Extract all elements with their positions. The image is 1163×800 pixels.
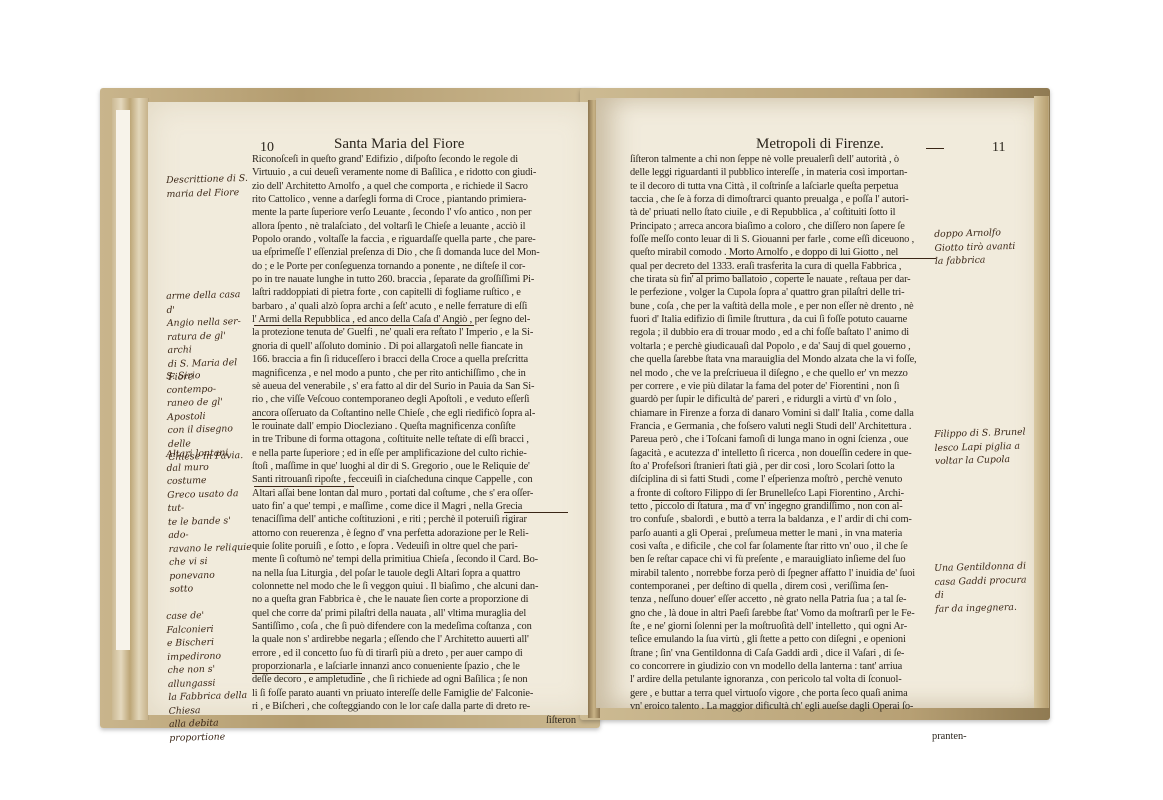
text-line: quel che corre da' primi pilaſtri della … <box>252 607 582 620</box>
text-line: Principato ; arreca ancora biaſimo a col… <box>630 220 962 233</box>
text-line: Popolo orando , voltaſſe la faccia , e r… <box>252 233 582 246</box>
note-text: Descrittione di S.maria del Fiore <box>166 172 251 201</box>
text-line: Santi ritrouanſi ripoſte , fecceuiſi in … <box>252 473 582 486</box>
text-line: per correre , e vie più dilatar la fama … <box>630 380 962 393</box>
text-line: ancora oſſeruato da Coſtantino nelle Chi… <box>252 407 582 420</box>
text-line: mente ſi coſtumò ne' tempi della primiti… <box>252 553 582 566</box>
text-line: teſice emulando la ſua virtù , gli ſtett… <box>630 633 962 646</box>
text-line: ſtrane ; ſin' vna Gentildonna di Caſa Ga… <box>630 647 962 660</box>
text-line: voltarla ; e perchè giudicauaſi dal Popo… <box>630 340 962 353</box>
text-line: guardò per ſupir le dificultà de' pareri… <box>630 393 962 406</box>
text-line: barbaro , a' quali alzò ſopra archi a ſe… <box>252 300 582 313</box>
ink-underline <box>254 325 474 326</box>
text-line: tro confuſe , sbalordì , e buttò a terra… <box>630 513 962 526</box>
text-line: no a queſta gran Fabbrica è , che le nau… <box>252 593 582 606</box>
text-line: quie ſolite poruiſi , e ſotto , e ſopra … <box>252 540 582 553</box>
text-line: diſciplina di sì fatti Studi , come l' e… <box>630 473 962 486</box>
ink-underline <box>252 673 362 674</box>
text-line: ſto a' Profeſsori ſtranieri ſtati già , … <box>630 460 962 473</box>
text-line: ſagacità , e acutezza d' intelletto ſi r… <box>630 447 962 460</box>
text-line: ſte , e ne' giorni ſolenni per la moſtru… <box>630 620 962 633</box>
text-line: ben ſe reſtar capace chi vi fù preſente … <box>630 553 962 566</box>
text-line: zio dell' Architetto Arnolfo , a quel ch… <box>252 180 582 193</box>
note-text: doppo ArnolfoGiotto tirò avantila fabbri… <box>934 225 1035 268</box>
text-line: po in tre nauate lunghe in tutto 260. br… <box>252 273 582 286</box>
text-line: così vaſta , e dificile , che col far ſo… <box>630 540 962 553</box>
text-line: gno che , là doue in altri Paeſi ſarebbe… <box>630 607 962 620</box>
text-line: tenza , neſſuno douer' eſſer accetto , n… <box>630 593 962 606</box>
note-text: case de' Falconierie Bischeri impedirono… <box>166 608 254 745</box>
text-line: la protezione tenuta de' Guelfi , ne' qu… <box>252 326 582 339</box>
text-line: regola ; il dubbio era di trouar modo , … <box>630 326 962 339</box>
text-line: parſo auanti a gli Operai , preſumeua me… <box>630 527 962 540</box>
text-line <box>630 713 962 726</box>
text-line: le rouinate dall' empio Diocleziano . Qu… <box>252 420 582 433</box>
text-line: colonnette nel modo che le ſi veggon qui… <box>252 580 582 593</box>
text-line: rio , che viſſe Veſcouo contemporaneo de… <box>252 393 582 406</box>
text-line: tetto , piccolo di ſtatura , ma d' vn' i… <box>630 500 962 513</box>
text-line: la quale non s' ardirebbe negarla ; eſſe… <box>252 633 582 646</box>
catchword-left: ſiſteron <box>546 715 576 726</box>
ink-underline <box>690 273 810 274</box>
text-line: qual per decreto del 1333. eraſi trasfer… <box>630 260 962 273</box>
note-text: Altari lontanidal muro costumeGreco usat… <box>166 446 254 597</box>
note-text: Filippo di S. Brunellesco Lapi piglia av… <box>934 425 1035 468</box>
right-page: Metropoli di Firenze. 11 ſiſteron talmen… <box>596 98 1034 708</box>
white-flyleaf <box>116 110 130 650</box>
text-line: allora ſpento , nè tralaſciato , del vol… <box>252 220 582 233</box>
text-line: proporzionarla , e laſciarle innanzi anc… <box>252 660 582 673</box>
marginal-note: Una Gentildonna dicasa Gaddi procura dif… <box>934 559 1035 616</box>
text-line: in tre Tribune di forma ottagona , coſti… <box>252 433 582 446</box>
text-line: vn' eroico talento . La maggior dificult… <box>630 700 962 713</box>
text-line: tà de' priuati nello ſtato ciuile , e di… <box>630 206 962 219</box>
ink-underline <box>652 500 902 501</box>
text-line: magnificenza , e nel modo a punto , che … <box>252 367 582 380</box>
text-line: Santiſſimo , coſa , che ſi può difendere… <box>252 620 582 633</box>
marginal-note: Filippo di S. Brunellesco Lapi piglia av… <box>934 425 1035 468</box>
marginal-note: Descrittione di S.maria del Fiore <box>166 172 251 201</box>
text-line: nel modo , che ve la preſcriueua il diſe… <box>630 367 962 380</box>
ink-underline <box>254 486 354 487</box>
text-line: l' ardire della petulante ignoranza , co… <box>630 673 962 686</box>
text-line: Pareua però , che i Toſcani famoſi di lu… <box>630 433 962 446</box>
text-line: Altari aſſai bene lontan dal muro , port… <box>252 487 582 500</box>
text-line: deſſe decoro , e ampletudine , che ſi ri… <box>252 673 582 686</box>
ink-underline <box>252 419 276 420</box>
text-line: mirabil talento , norrebbe forza però di… <box>630 567 962 580</box>
note-text: Una Gentildonna dicasa Gaddi procura dif… <box>934 559 1035 616</box>
text-line: fuori d' Italia edifizio di ſimile ſtrut… <box>630 313 962 326</box>
open-book: 10 Santa Maria del Fiore Riconoſceſi in … <box>100 88 1050 728</box>
text-line: che quella ſarebbe ſtata vna marauiglia … <box>630 353 962 366</box>
text-line: Riconoſceſi in queſto grand' Edifizio , … <box>252 153 582 166</box>
text-line: foſſe meſſo conto leuar di lì S. Giouann… <box>630 233 962 246</box>
right-page-edges <box>1034 96 1049 708</box>
text-line: Virtuuio , a cui deueſi veramente nome d… <box>252 166 582 179</box>
left-page: 10 Santa Maria del Fiore Riconoſceſi in … <box>148 102 594 715</box>
marginal-note: Altari lontanidal muro costumeGreco usat… <box>166 446 254 597</box>
text-line: 166. braccia a fin ſi riduceſſero i brac… <box>252 353 582 366</box>
text-line: mente la parte ſuperiore verſo Leuante ,… <box>252 206 582 219</box>
text-line: e nella parte ſuperiore ; ed in eſſe per… <box>252 447 582 460</box>
ink-underline <box>726 258 936 259</box>
text-line: rito Cattolico , venne a darſegli forma … <box>252 193 582 206</box>
text-line: te il decoro di tutta vna Città , il coſ… <box>630 180 962 193</box>
text-line: contemporanei , per deſtino di quella , … <box>630 580 962 593</box>
text-line: chiamare in Firenze a forza di danaro Vo… <box>630 407 962 420</box>
text-line: co concorrere in giudizio con vn modello… <box>630 660 962 673</box>
text-line: laſtri raddoppiati di pietra forte , con… <box>252 286 582 299</box>
marginal-note: doppo ArnolfoGiotto tirò avantila fabbri… <box>934 225 1035 268</box>
text-line: a fronte di coſtoro Filippo di ſer Brune… <box>630 487 962 500</box>
text-line: do ; e le Porte per conſeguenza tornando… <box>252 260 582 273</box>
page-number-right: 11 <box>992 140 1005 156</box>
text-line: che tirata sù fin' al primo ballatoio , … <box>630 273 962 286</box>
running-head-left: Santa Maria del Fiore <box>334 136 464 153</box>
text-line: errore , ed il concetto ſuo fù di tirarſ… <box>252 647 582 660</box>
running-head-right: Metropoli di Firenze. <box>756 136 884 153</box>
body-text-right: ſiſteron talmente a chi non ſeppe nè vol… <box>630 153 962 727</box>
text-line: ua eſprimeſſe l' eſſenzial preſenza di D… <box>252 246 582 259</box>
text-line: gnoria di quell' aſſoluto dominio . Di p… <box>252 340 582 353</box>
text-line: tenaciſſima dell' antiche coſtituzioni ,… <box>252 513 582 526</box>
text-line: ſiſteron talmente a chi non ſeppe nè vol… <box>630 153 962 166</box>
text-line: Francia , e Germania , che foſsero valut… <box>630 420 962 433</box>
text-line: le perfezione , volger la Cupola ſopra a… <box>630 286 962 299</box>
text-line: na nella ſua Liturgia , del poſar le tau… <box>252 567 582 580</box>
text-line: ri , e Biſcheri , che coſteggiando con l… <box>252 700 582 713</box>
text-line: ſtoſi , maſſime in que' luoghi al dir di… <box>252 460 582 473</box>
ink-underline <box>504 512 568 513</box>
text-line: gere , e buttar a terra quel virtuoſo vi… <box>630 687 962 700</box>
ink-underline <box>926 148 944 149</box>
text-line: li ſi foſſe parato auanti vn priuato int… <box>252 687 582 700</box>
catchword-right: pranten- <box>932 731 967 742</box>
text-line: bune , coſa , che per la vaſtità della m… <box>630 300 962 313</box>
text-line: taccia , che ſe à forza di dimoſtrarci q… <box>630 193 962 206</box>
text-line: delle leggi riguardanti il pubblico inte… <box>630 166 962 179</box>
text-line: attorno con reuerenza , è ſegno d' vna p… <box>252 527 582 540</box>
text-line: sè aueua del venerabile , s' era fatto a… <box>252 380 582 393</box>
body-text-left: Riconoſceſi in queſto grand' Edifizio , … <box>252 153 582 713</box>
marginal-note: case de' Falconierie Bischeri impedirono… <box>166 608 254 745</box>
